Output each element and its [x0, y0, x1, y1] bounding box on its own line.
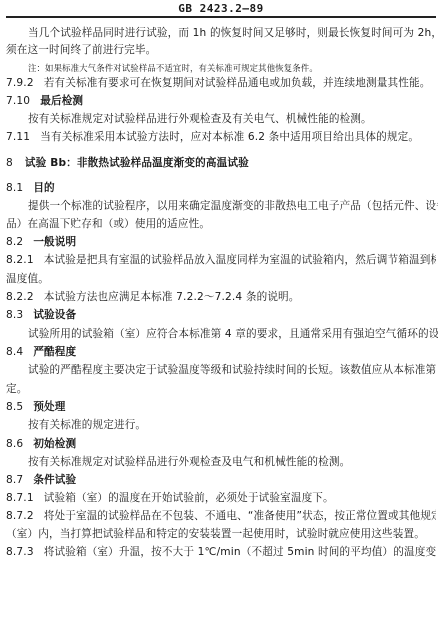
heading-8-7: 8.7条件试验: [6, 473, 436, 487]
paragraph-line: 按有关标准的规定进行。: [28, 418, 438, 432]
paragraph-line: 按有关标准规定对试验样品进行外观检查及电气和机械性能的检测。: [28, 455, 438, 469]
clause-7-9-2: 7.9.2若有关标准有要求可在恢复期间对试验样品通电或加负载，并连续地测量其性能…: [6, 76, 436, 90]
heading-8-6: 8.6初始检测: [6, 437, 436, 451]
heading-8-4: 8.4严酷程度: [6, 345, 436, 359]
section-8-title: 8试验 Bb：非散热试验样品温度渐变的高温试验: [6, 156, 436, 170]
clause-8-7-2: 8.7.2将处于室温的试验样品在不包装、不通电、“准备使用”状态，按正常位置或其…: [6, 509, 436, 523]
paragraph-line: 定。: [6, 382, 436, 396]
paragraph-line: 试验所用的试验箱（室）应符合本标准第 4 章的要求，且通常采用有强迫空气循环的设…: [28, 327, 438, 341]
clause-8-2-2: 8.2.2本试验方法也应满足本标准 7.2.2～7.2.4 条的说明。: [6, 290, 436, 304]
document-page: GB 2423.2—89 当几个试验样品同时进行试验，而 1h 的恢复时间又足够…: [0, 0, 442, 634]
clause-7-11: 7.11当有关标准采用本试验方法时，应对本标准 6.2 条中适用项目给出具体的规…: [6, 130, 436, 144]
paragraph-line: （室）内，当打算把试验样品和特定的安装装置一起使用时，试验时就应使用这些装置。: [6, 527, 436, 541]
paragraph-line: 须在这一时间终了前进行完毕。: [6, 43, 436, 57]
paragraph-line: 提供一个标准的试验程序，以用来确定温度渐变的非散热电工电子产品（包括元件、设备及…: [28, 199, 438, 213]
paragraph-line: 试验的严酷程度主要决定于试验温度等级和试验持续时间的长短。该数值应从本标准第 5…: [28, 363, 438, 377]
heading-8-1: 8.1目的: [6, 181, 436, 195]
paragraph-line: 按有关标准规定对试验样品进行外观检查及有关电气、机械性能的检测。: [28, 112, 438, 126]
paragraph-line: 温度值。: [6, 272, 436, 286]
heading-7-10: 7.10最后检测: [6, 94, 436, 108]
clause-8-2-1: 8.2.1本试验是把具有室温的试验样品放入温度同样为室温的试验箱内，然后调节箱温…: [6, 253, 436, 267]
page-header-standard-id: GB 2423.2—89: [0, 2, 442, 15]
heading-8-5: 8.5预处理: [6, 400, 436, 414]
paragraph-line: 品）在高温下贮存和（或）使用的适应性。: [6, 217, 436, 231]
note-line: 注：如果标准大气条件对试验样品不适宜时，有关标准可规定其他恢复条件。: [28, 61, 442, 75]
heading-8-2: 8.2一般说明: [6, 235, 436, 249]
heading-8-3: 8.3试验设备: [6, 308, 436, 322]
clause-8-7-1: 8.7.1试验箱（室）的温度在开始试验前，必须处于试验室温度下。: [6, 491, 436, 505]
paragraph-line: 当几个试验样品同时进行试验，而 1h 的恢复时间又足够时，则最长恢复时间可为 2…: [28, 26, 438, 40]
header-rule: [6, 16, 436, 18]
